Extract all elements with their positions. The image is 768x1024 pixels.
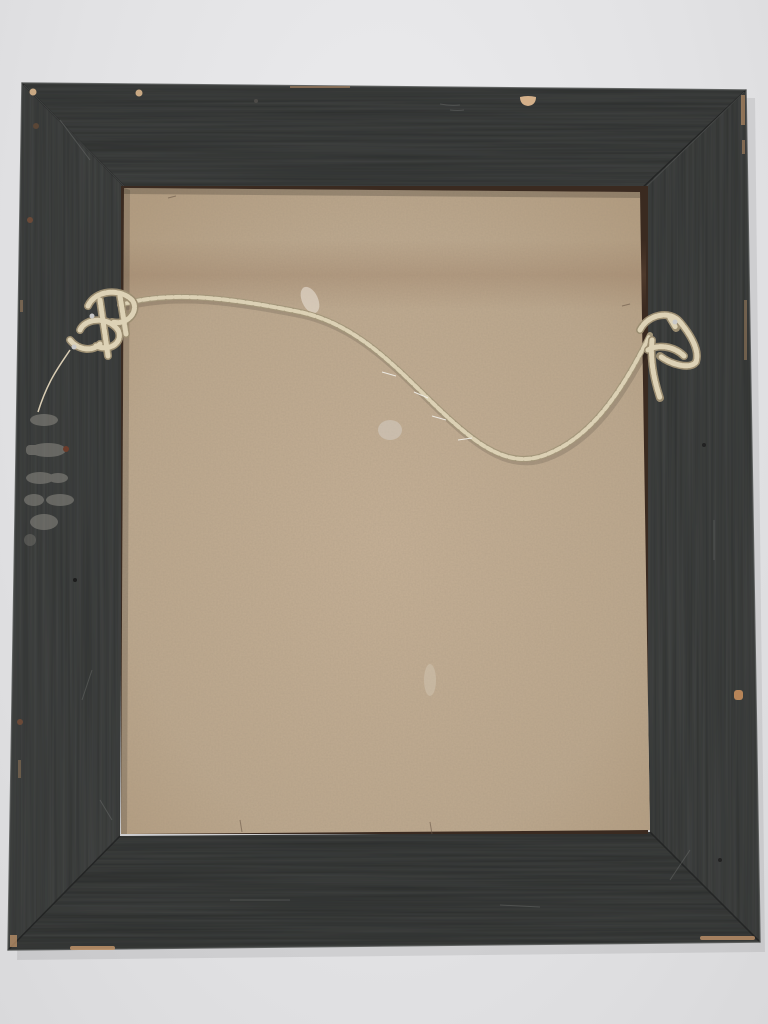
nail-hole xyxy=(17,719,23,725)
frame-photo xyxy=(0,0,768,1024)
nail-hole xyxy=(718,858,722,862)
nail-hole xyxy=(254,99,258,103)
eyelet xyxy=(72,345,77,350)
backing-board xyxy=(121,186,650,834)
eyelet xyxy=(90,314,95,319)
nail-hole xyxy=(33,123,39,129)
nail-head xyxy=(30,89,37,96)
nail-hole xyxy=(73,578,77,582)
nail-hole xyxy=(27,217,33,223)
nail-hole xyxy=(63,446,69,452)
nail-head xyxy=(136,90,143,97)
eyelet xyxy=(673,320,678,325)
nail-hole xyxy=(702,443,706,447)
